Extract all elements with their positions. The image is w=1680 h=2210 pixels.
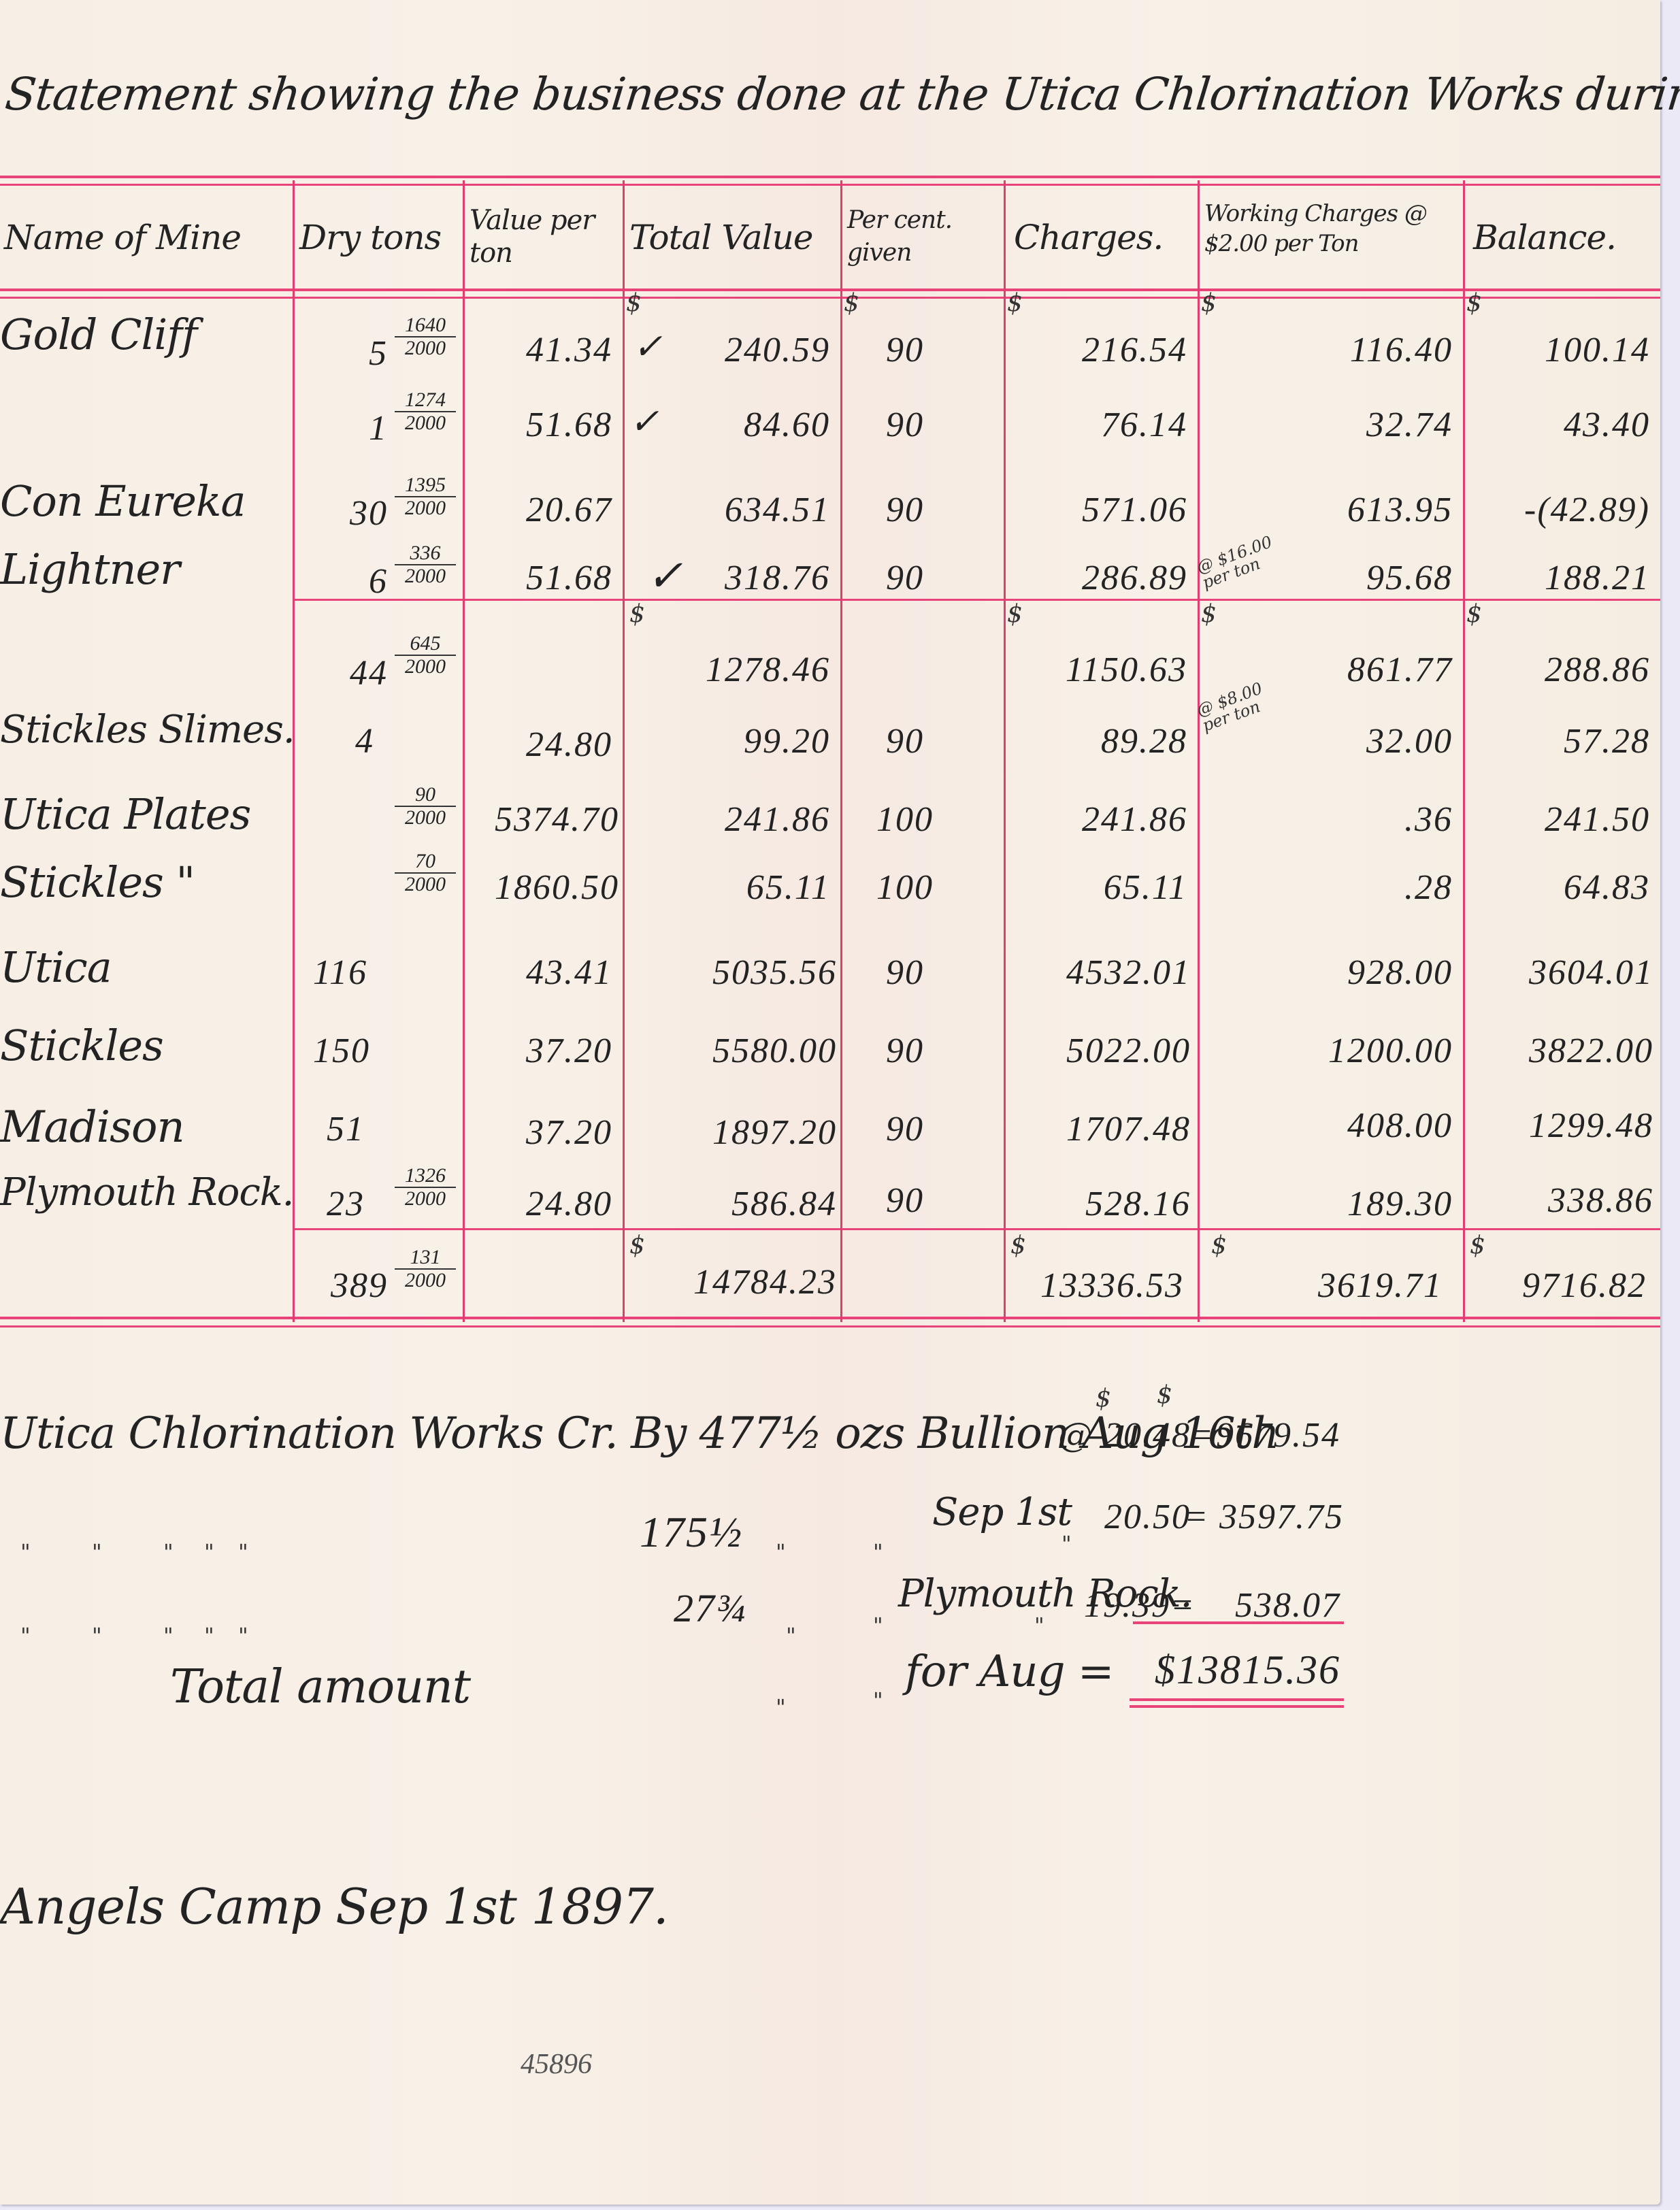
total-value: 241.86 [667,799,830,840]
check-mark: ✓ [629,401,663,442]
dollar-mark: $ [1096,1385,1111,1413]
subtotal-total-value: 1278.46 [667,650,830,690]
ditto-mark: " [1061,1531,1072,1557]
charges: 4532.01 [1007,953,1191,993]
ditto-mark: " [20,1539,31,1565]
col-divider-2 [463,180,465,1322]
charges: 89.28 [1014,721,1187,761]
value-per-ton: 24.80 [470,1184,612,1224]
tons-fraction: 16402000 [395,314,456,359]
ditto-mark: " [786,1623,796,1649]
bullion-rate-3: 19.39 [1068,1585,1170,1626]
mine-name: Stickles Slimes. [0,708,295,752]
working-charges: 95.68 [1211,558,1453,598]
total-value: 586.84 [667,1184,837,1224]
bullion-rate-2: 20.50 [1089,1497,1191,1537]
balance: 338.86 [1470,1181,1653,1221]
value-per-ton: 37.20 [470,1112,612,1153]
ditto-mark: " [238,1623,248,1649]
statement-title: Statement showing the business done at t… [3,68,1680,120]
charges: 76.14 [1014,405,1187,445]
total-working-charges: 3619.71 [1211,1266,1443,1306]
charges: 1707.48 [1007,1109,1191,1149]
per-cent-given: 90 [871,330,939,370]
charges: 528.16 [1007,1184,1191,1224]
total-dry-tons: 389 [299,1266,388,1306]
col-divider-4 [840,180,842,1322]
dry-tons: 116 [313,953,381,993]
charges: 216.54 [1014,330,1187,370]
tons-fraction: 12742000 [395,389,456,434]
value-per-ton: 1860.50 [470,868,619,908]
value-per-ton: 37.20 [470,1031,612,1071]
equals-sign: = [1170,1585,1191,1626]
balance: 100.14 [1470,330,1650,370]
mine-name: Stickles " [0,857,195,907]
table-bottom-rule [0,1317,1660,1319]
working-charges: 613.95 [1211,490,1453,530]
document-page: Statement showing the business done at t… [0,0,1660,2205]
dollar-mark: $ [1007,600,1023,628]
working-charges: 32.74 [1211,405,1453,445]
ditto-mark: " [873,1539,883,1565]
grand-total-amount: $13815.36 [1096,1647,1340,1694]
total-amount-label: Total amount [170,1660,470,1714]
dry-tons: 1 [354,408,388,448]
bullion-amount-1: 9679.54 [1204,1415,1340,1455]
subtotal-rule-1 [293,599,1660,601]
value-per-ton: 51.68 [470,558,612,598]
tons-fraction: 902000 [395,784,456,829]
charges: 286.89 [1014,558,1187,598]
dollar-mark: $ [1470,1232,1485,1259]
working-charges: 116.40 [1211,330,1453,370]
charges: 241.86 [1014,799,1187,840]
total-for-aug: for Aug = [905,1647,1114,1697]
subtotal-charges: 1150.63 [1014,650,1187,690]
bullion-rate-1: 20.48 [1089,1415,1191,1455]
working-charges: 928.00 [1211,953,1453,993]
working-charges: .36 [1211,799,1453,840]
header-value-per-ton: Value per ton [470,204,606,269]
header-bottom-rule-2 [0,297,1660,299]
charges: 5022.00 [1007,1031,1191,1071]
per-cent-given: 90 [871,558,939,598]
working-charges: 189.30 [1211,1184,1453,1224]
balance: 3604.01 [1470,953,1653,993]
mine-name: Utica [0,942,112,992]
tons-fraction: 13262000 [395,1165,456,1210]
total-value: 318.76 [667,558,830,598]
total-value: 5035.56 [667,953,837,993]
total-charges: 13336.53 [1007,1266,1184,1306]
ditto-mark: " [204,1623,214,1649]
header-dry-tons: Dry tons [299,218,441,257]
col-divider-6 [1198,180,1200,1322]
dry-tons: 23 [327,1184,381,1224]
grand-total-value: 14784.23 [653,1262,837,1302]
balance: 43.40 [1470,405,1650,445]
total-value: 1897.20 [667,1112,837,1153]
dollar-mark: $ [629,600,645,628]
dollar-mark: $ [1010,1232,1026,1259]
value-per-ton: 5374.70 [470,799,619,840]
bullion-qty-3: 27¾ [674,1585,776,1631]
working-charges: 1200.00 [1211,1031,1453,1071]
subtotal-balance: 288.86 [1470,650,1650,690]
per-cent-given: 100 [871,799,939,840]
bullion-at-sign: @ [1058,1415,1091,1455]
header-balance: Balance. [1473,218,1616,257]
grand-total-double-underline-1 [1130,1698,1344,1701]
value-per-ton: 20.67 [470,490,612,530]
dry-tons: 30 [327,493,388,533]
dollar-mark: $ [1157,1381,1172,1409]
table-top-rule [0,176,1660,178]
working-charges: .28 [1211,868,1453,908]
mine-name: Lightner [0,544,180,594]
value-per-ton: 51.68 [470,405,612,445]
sum-underline [1133,1621,1344,1624]
subtotal-rule-2 [293,1228,1660,1230]
per-cent-given: 90 [871,1031,939,1071]
total-value: 84.60 [667,405,830,445]
per-cent-given: 90 [871,721,939,761]
dry-tons: 4 [340,721,374,761]
mine-name: Madison [0,1102,184,1153]
per-cent-given: 90 [871,1109,939,1149]
dollar-mark: $ [1211,1232,1227,1259]
ditto-mark: " [1034,1613,1044,1638]
dry-tons: 6 [354,561,388,601]
place-and-date: Angels Camp Sep 1st 1897. [0,1878,668,1935]
ditto-mark: " [20,1623,31,1649]
ditto-mark: " [163,1623,174,1649]
total-value: 65.11 [667,868,830,908]
total-value: 240.59 [667,330,830,370]
header-working-charges: Working Charges @ $2.00 per Ton [1204,199,1456,259]
per-cent-given: 90 [871,1181,939,1221]
ditto-mark: " [92,1539,102,1565]
ditto-mark: " [776,1694,786,1720]
ditto-mark: " [204,1539,214,1565]
mine-name: Stickles [0,1021,163,1070]
table-bottom-rule-2 [0,1325,1660,1327]
mine-name: Utica Plates [0,789,250,839]
ditto-mark: " [163,1539,174,1565]
header-per-cent-given: Per cent. given [847,204,983,269]
balance: 64.83 [1470,868,1650,908]
mine-name: Con Eureka [0,476,245,526]
dry-tons: 150 [313,1031,381,1071]
grand-total-double-underline-2 [1130,1705,1344,1708]
ditto-mark: " [873,1687,883,1713]
balance: 188.21 [1470,558,1650,598]
total-balance: 9716.82 [1470,1266,1647,1306]
dry-tons: 51 [327,1109,381,1149]
total-tons-fraction: 1312000 [395,1247,456,1291]
bullion-qty-2: 175½ [640,1507,762,1557]
per-cent-given: 100 [871,868,939,908]
header-bottom-rule [0,288,1660,291]
charges: 65.11 [1014,868,1187,908]
working-charges: 408.00 [1211,1106,1453,1146]
col-divider-3 [623,180,625,1322]
bullion-date-2: Sep 1st [932,1490,1072,1534]
per-cent-given: 90 [871,953,939,993]
dollar-mark: $ [1007,289,1023,317]
dollar-mark: $ [844,289,859,317]
mine-name: Plymouth Rock. [0,1170,293,1215]
per-cent-given: 90 [871,405,939,445]
mine-name: Gold Cliff [0,310,197,359]
total-value: 5580.00 [667,1031,837,1071]
total-value: 634.51 [667,490,830,530]
dry-tons: 5 [354,333,388,374]
col-divider-7 [1463,180,1465,1322]
tons-fraction: 13952000 [395,474,456,519]
dollar-mark: $ [1201,600,1217,628]
bullion-amount-3: 538.07 [1198,1585,1340,1626]
ditto-mark: " [776,1539,786,1565]
header-total-value: Total Value [629,218,812,257]
balance: 57.28 [1470,721,1650,761]
subtotal-tons-fraction: 6452000 [395,633,456,678]
table-top-rule-2 [0,184,1660,186]
working-charges: 32.00 [1211,721,1453,761]
col-divider-5 [1004,180,1006,1322]
dollar-mark: $ [1466,289,1482,317]
dollar-mark: $ [629,1232,645,1259]
dollar-mark: $ [1466,600,1482,628]
check-mark: ✓ [633,327,667,367]
dollar-mark: $ [626,289,642,317]
balance: 3822.00 [1470,1031,1653,1071]
value-per-ton: 43.41 [470,953,612,993]
pencil-catalog-number: 45896 [521,2048,592,2081]
balance: 241.50 [1470,799,1650,840]
ditto-mark: " [873,1613,883,1638]
per-cent-given: 90 [871,490,939,530]
balance: -(42.89) [1470,490,1650,530]
dollar-mark: $ [1201,289,1217,317]
bullion-amount-2: 3597.75 [1201,1497,1344,1537]
tons-fraction: 3362000 [395,542,456,587]
value-per-ton: 24.80 [470,725,612,765]
total-value: 99.20 [667,721,830,761]
charges: 571.06 [1014,490,1187,530]
header-name-of-mine: Name of Mine [4,218,241,257]
header-charges: Charges. [1014,218,1163,257]
tons-fraction: 702000 [395,851,456,895]
ditto-mark: " [238,1539,248,1565]
subtotal-dry-tons: 44 [327,653,388,693]
value-per-ton: 41.34 [470,330,612,370]
ditto-mark: " [92,1623,102,1649]
balance: 1299.48 [1470,1106,1653,1146]
